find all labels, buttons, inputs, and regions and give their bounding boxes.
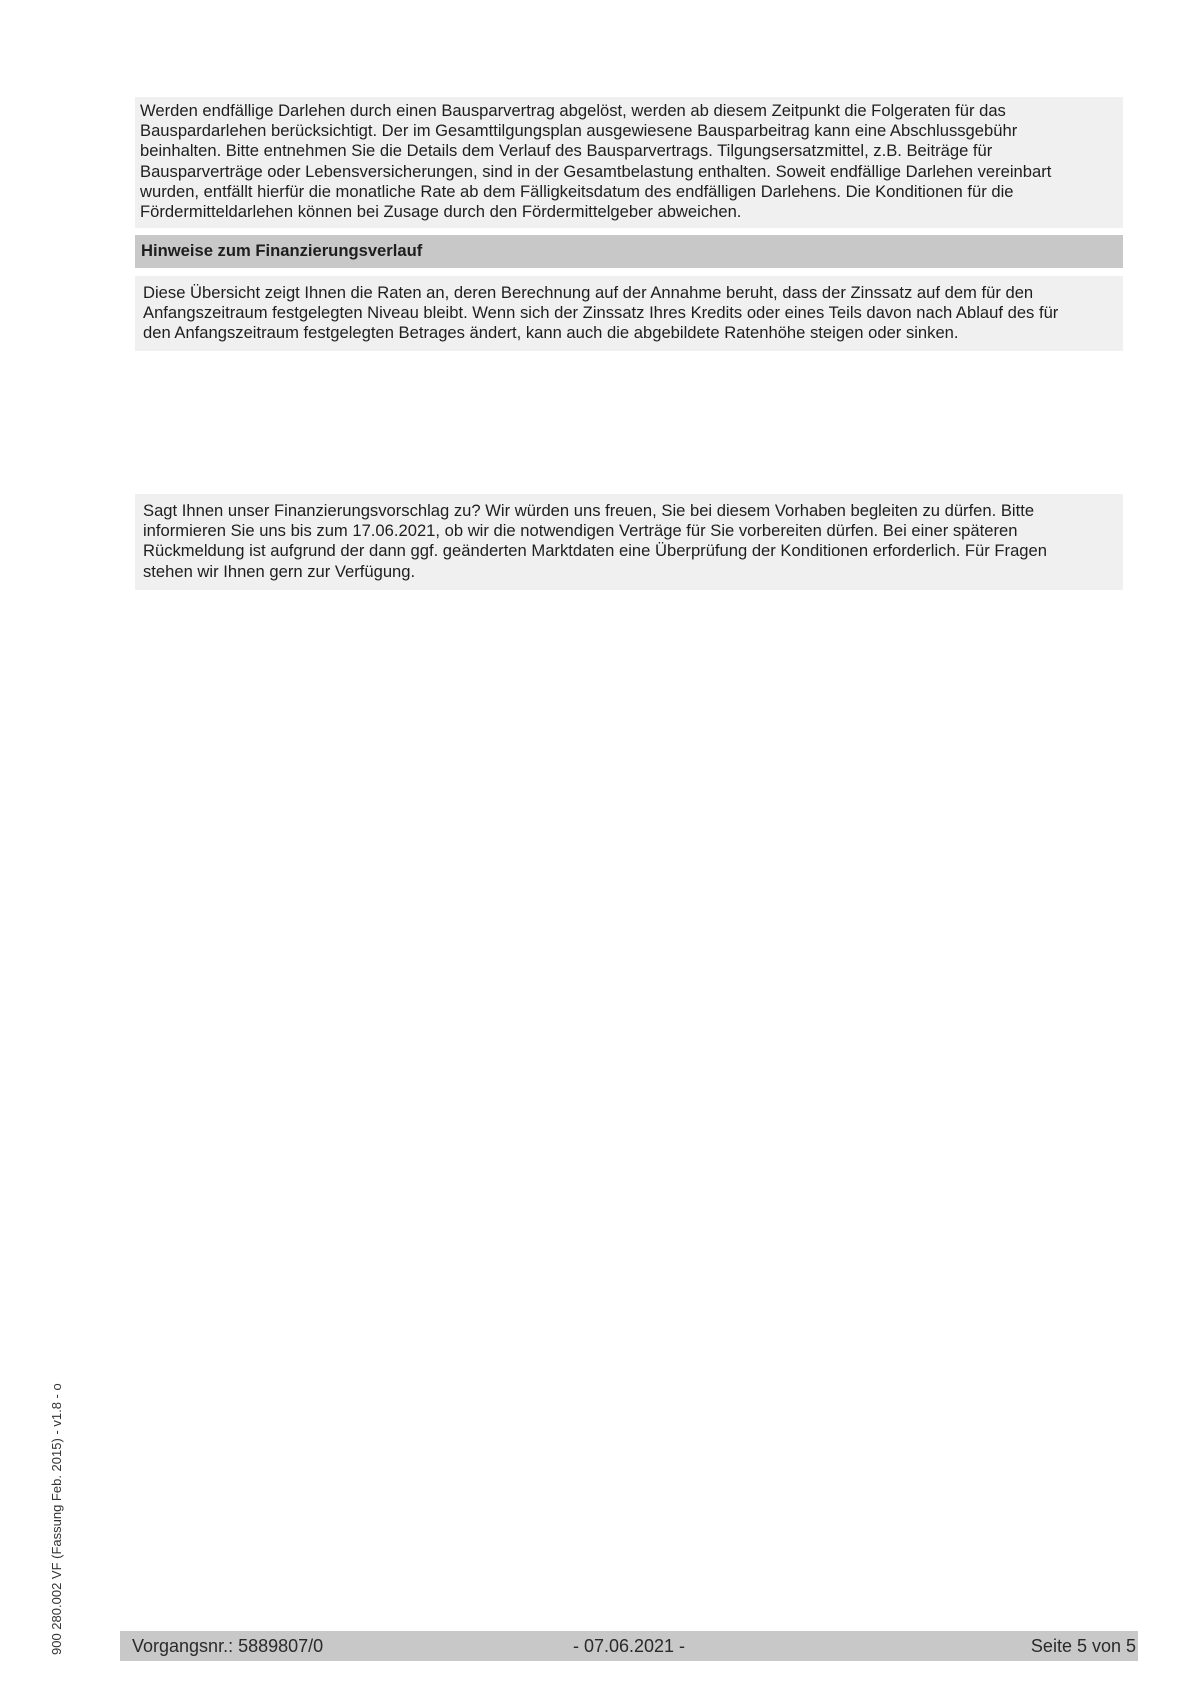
section-text: Diese Übersicht zeigt Ihnen die Raten an… bbox=[143, 283, 1115, 344]
page-number: Seite 5 von 5 bbox=[1031, 1636, 1136, 1657]
section-title: Hinweise zum Finanzierungsverlauf bbox=[141, 241, 422, 260]
case-number: Vorgangsnr.: 5889807/0 bbox=[132, 1636, 323, 1657]
page-footer: Vorgangsnr.: 5889807/0 - 07.06.2021 - Se… bbox=[120, 1631, 1138, 1661]
closing-text: Sagt Ihnen unser Finanzierungsvorschlag … bbox=[143, 501, 1115, 582]
section-body: Diese Übersicht zeigt Ihnen die Raten an… bbox=[135, 276, 1123, 351]
notes-box: Werden endfällige Darlehen durch einen B… bbox=[135, 97, 1123, 228]
notes-text: Werden endfällige Darlehen durch einen B… bbox=[140, 101, 1118, 222]
section-header: Hinweise zum Finanzierungsverlauf bbox=[135, 235, 1123, 268]
form-version-note: 900 280.002 VF (Fassung Feb. 2015) - v1.… bbox=[49, 1383, 64, 1655]
closing-box: Sagt Ihnen unser Finanzierungsvorschlag … bbox=[135, 494, 1123, 590]
